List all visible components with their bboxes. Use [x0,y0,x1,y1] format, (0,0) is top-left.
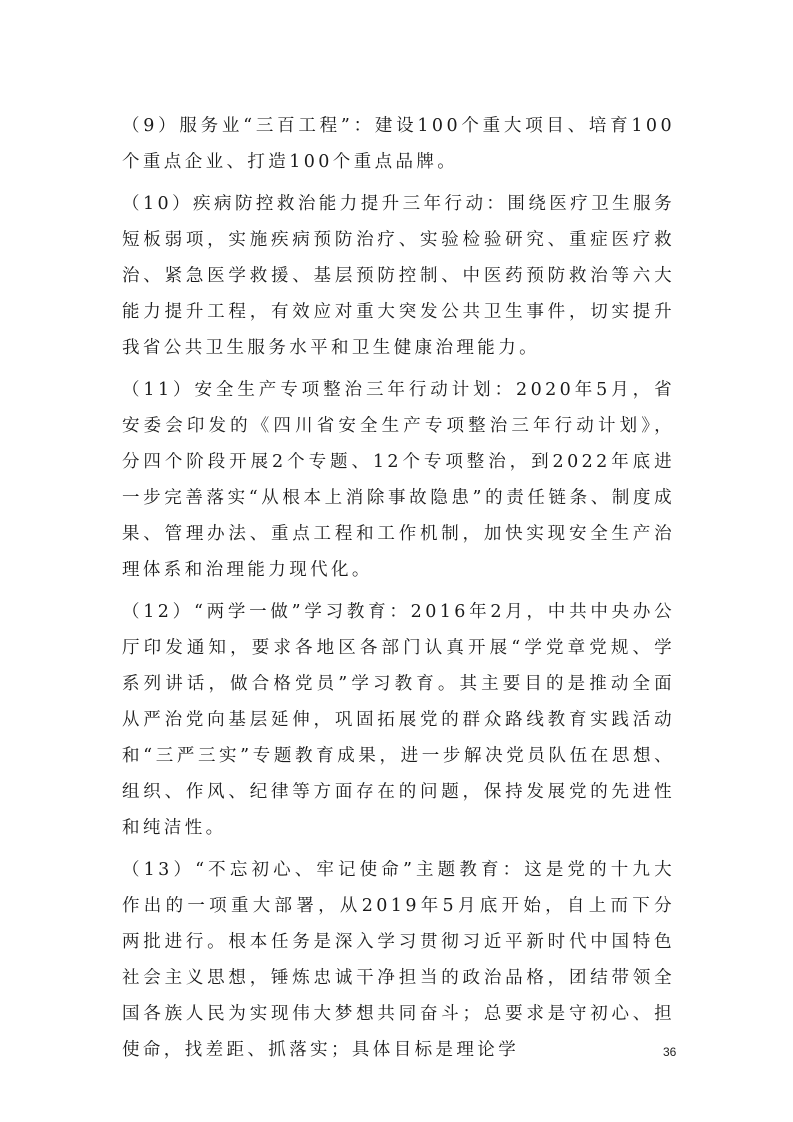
paragraph-item-13: （13）“不忘初心、牢记使命”主题教育：这是党的十九大作出的一项重大部署，从20… [122,852,675,1068]
page-number: 36 [663,1045,676,1059]
document-body: （9）服务业“三百工程”：建设100个重大项目、培育100个重点企业、打造100… [122,108,675,1074]
paragraph-item-11: （11）安全生产专项整治三年行动计划：2020年5月，省安委会印发的《四川省安全… [122,372,675,588]
document-page: （9）服务业“三百工程”：建设100个重大项目、培育100个重点企业、打造100… [0,0,793,1122]
paragraph-item-10: （10）疾病防控救治能力提升三年行动：围绕医疗卫生服务短板弱项，实施疾病预防治疗… [122,186,675,366]
paragraph-item-12: （12）“两学一做”学习教育：2016年2月，中共中央办公厅印发通知，要求各地区… [122,594,675,846]
paragraph-item-9: （9）服务业“三百工程”：建设100个重大项目、培育100个重点企业、打造100… [122,108,675,180]
